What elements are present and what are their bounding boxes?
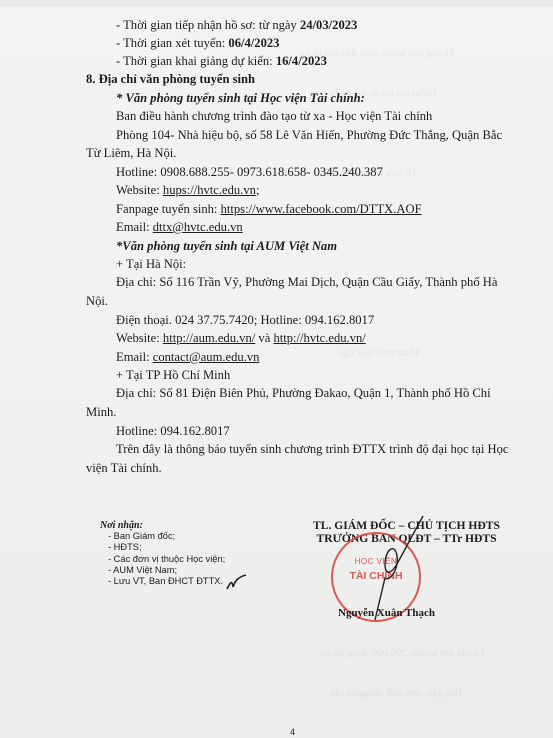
schedule-receive: - Thời gian tiếp nhận hồ sơ: từ ngày 24/… [116, 18, 357, 33]
hvtc-hotline: Hotline: 0908.688.255- 0973.618.658- 034… [116, 165, 383, 180]
section-heading: 8. Địa chỉ văn phòng tuyển sinh [86, 72, 255, 87]
aum-hanoi-website: Website: http://aum.edu.vn/ và http://hv… [116, 331, 366, 346]
hvtc-fanpage-link[interactable]: https://www.facebook.com/DTTX.AOF [221, 202, 422, 216]
aum-hcm-address-2: Minh. [86, 405, 116, 420]
hvtc-email: Email: dttx@hvtc.edu.vn [116, 220, 243, 235]
hvtc-website: Website: hups://hvtc.edu.vn; [116, 183, 259, 198]
aum-hanoi-phone: Điện thoại. 024 37.75.7420; Hotline: 094… [116, 313, 374, 328]
aum-hanoi-email: Email: contact@aum.edu.vn [116, 350, 259, 365]
schedule-review: - Thời gian xét tuyển: 06/4/2023 [116, 36, 279, 51]
recipients-title: Nơi nhận: [100, 520, 225, 531]
aum-hcm-address-1: Địa chỉ: Số 81 Điện Biên Phủ, Phường Đak… [116, 386, 491, 401]
document-page: Thông báo tuyển sinh đào tạo từ xa Điểm … [0, 7, 553, 738]
recipient-item: - Lưu VT, Ban ĐHCT ĐTTX. [108, 576, 225, 587]
aum-hanoi-heading: + Tại Hà Nội: [116, 257, 186, 272]
handwritten-signature-icon [345, 512, 435, 622]
aum-hanoi-address-1: Địa chỉ: Số 116 Trần Vỹ, Phường Mai Dịch… [116, 275, 497, 290]
signer-name: Nguyễn Xuân Thạch [338, 607, 435, 619]
initials-signature-icon [224, 573, 248, 593]
hvtc-website-link[interactable]: hups://hvtc.edu.vn [163, 183, 256, 197]
hvtc-fanpage: Fanpage tuyển sinh: https://www.facebook… [116, 202, 422, 217]
hvtc-unit: Ban điều hành chương trình đào tạo từ xa… [116, 109, 432, 124]
closing-line-2: viện Tài chính. [86, 461, 162, 476]
recipient-item: - AUM Việt Nam; [108, 565, 225, 576]
hvtc-email-link[interactable]: dttx@hvtc.edu.vn [153, 220, 243, 234]
aum-hanoi-address-2: Nội. [86, 294, 108, 309]
hvtc-address-2: Từ Liêm, Hà Nội. [86, 146, 176, 161]
aum-website-link[interactable]: http://aum.edu.vn/ [163, 331, 255, 345]
recipients-block: Nơi nhận: - Ban Giám đốc; - HĐTS; - Các … [100, 520, 225, 587]
schedule-opening: - Thời gian khai giảng dự kiến: 16/4/202… [116, 54, 327, 69]
page-number: 4 [290, 727, 295, 737]
recipient-item: - HĐTS; [108, 542, 225, 553]
hvtc-website-link-2[interactable]: http://hvtc.edu.vn/ [273, 331, 365, 345]
aum-hcm-heading: + Tại TP Hồ Chí Minh [116, 368, 230, 383]
aum-email-link[interactable]: contact@aum.edu.vn [153, 350, 260, 364]
closing-line-1: Trên đây là thông báo tuyển sinh chương … [116, 442, 509, 457]
aum-hcm-hotline: Hotline: 094.162.8017 [116, 424, 230, 439]
recipient-item: - Ban Giám đốc; [108, 531, 225, 542]
hvtc-address-1: Phòng 104- Nhà hiệu bộ, số 58 Lê Văn Hiế… [116, 128, 502, 143]
hvtc-office-heading: * Văn phòng tuyển sinh tại Học viện Tài … [116, 91, 365, 106]
aum-office-heading: *Văn phòng tuyển sinh tại AUM Việt Nam [116, 239, 337, 254]
recipient-item: - Các đơn vị thuộc Học viện; [108, 554, 225, 565]
